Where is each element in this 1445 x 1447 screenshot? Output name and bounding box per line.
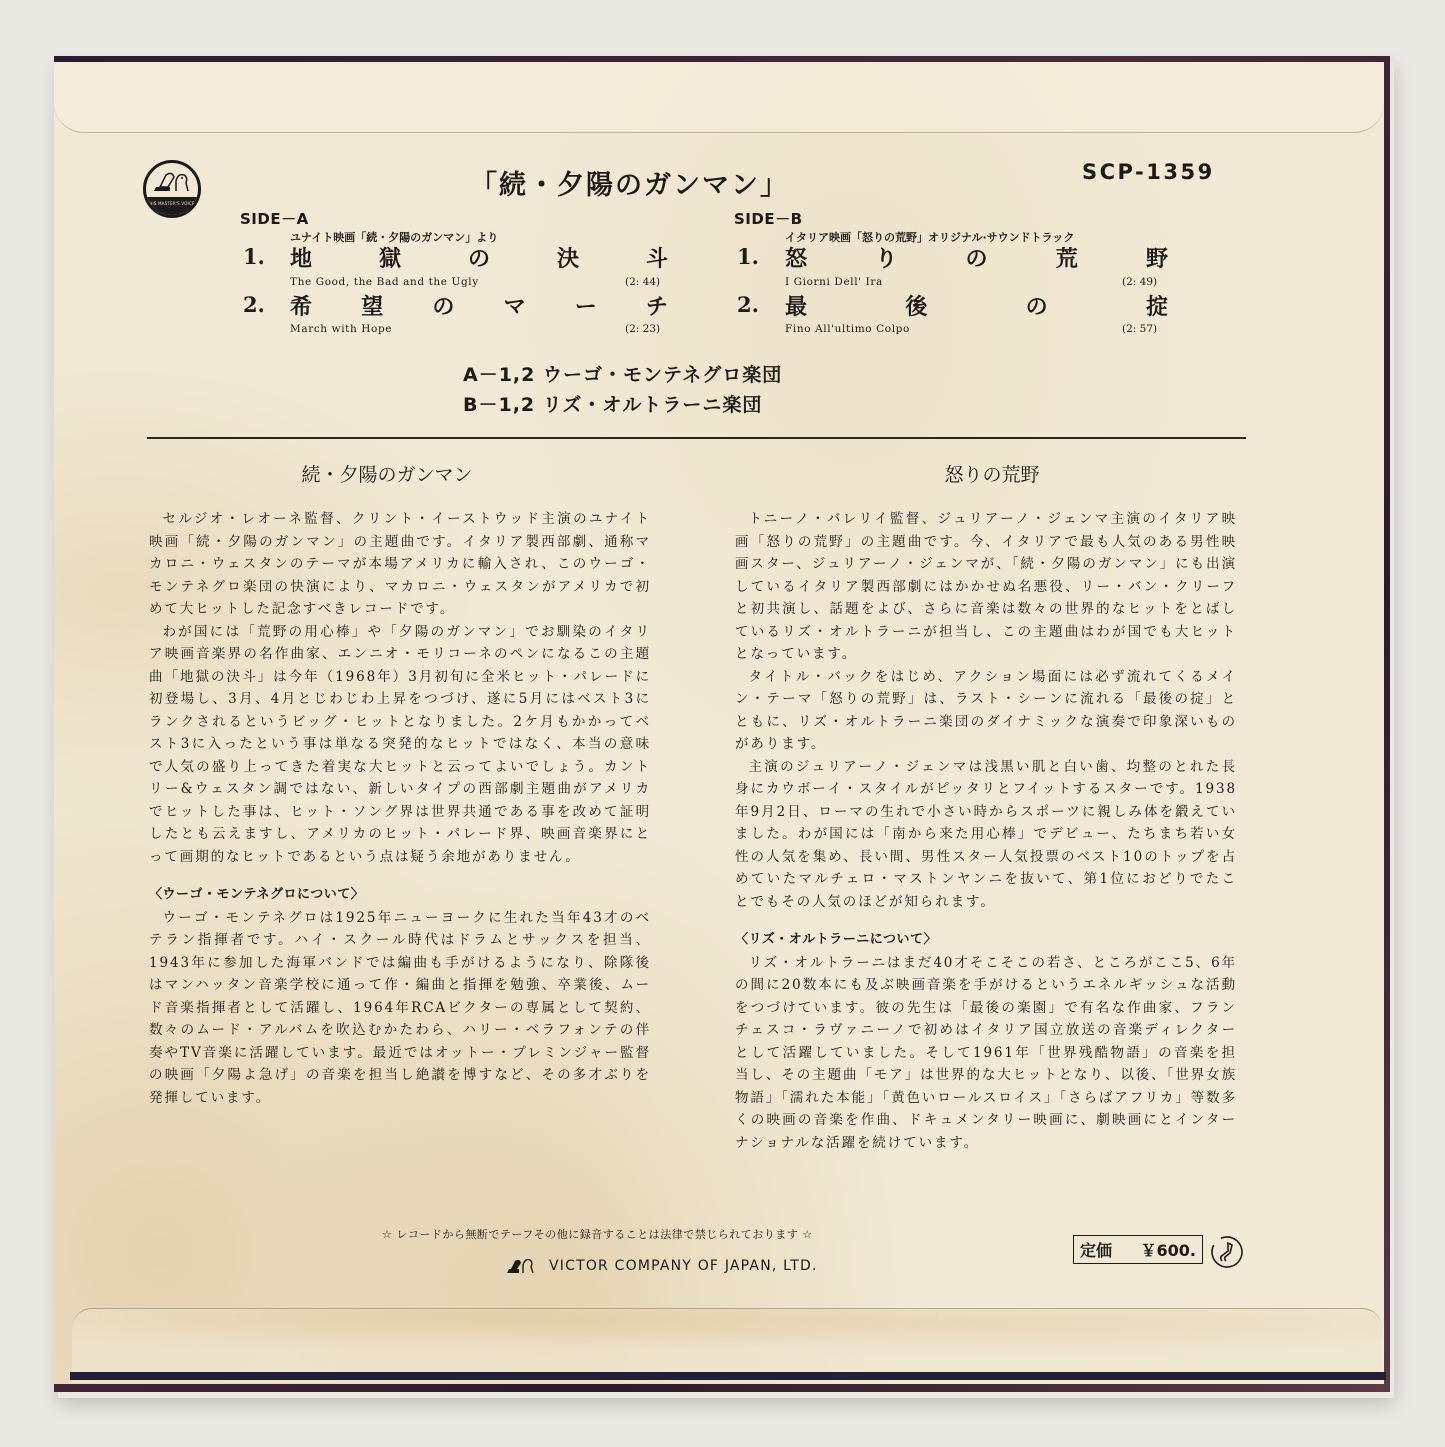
- price-value: ￥600.: [1141, 1238, 1196, 1261]
- his-masters-voice-logo: HIS MASTER'S VOICE: [143, 160, 201, 218]
- track-b1-duration: (2: 49): [1122, 276, 1157, 288]
- title-char: 後: [905, 290, 927, 321]
- title-char: 野: [1146, 242, 1168, 273]
- credit-side-a: A－1,2 ウーゴ・モンテネグロ楽団: [463, 360, 782, 390]
- title-char: 望: [361, 290, 383, 321]
- left-paragraph-2: わが国には「荒野の用心棒」や「夕陽のガンマン」でお馴染のイタリア映画音楽界の名作…: [149, 621, 651, 869]
- right-column-heading: 怒りの荒野: [842, 460, 1142, 487]
- credit-side-b: B－1,2 リズ・オルトラーニ楽団: [463, 390, 782, 420]
- dog-gramophone-icon: [152, 169, 192, 197]
- track-b2-duration: (2: 57): [1122, 323, 1157, 335]
- track-a1-title-jp: 地獄の決斗: [290, 242, 668, 273]
- right-column-body: トニーノ・バレリイ監督、ジュリアーノ・ジェンマ主演のイタリア映画「怒りの荒野」の…: [735, 508, 1237, 1154]
- track-a1-title-en: The Good, the Bad and the Ugly: [290, 276, 479, 288]
- top-flap: [54, 62, 1384, 133]
- left-column-body: セルジオ・レオーネ監督、クリント・イーストウッド主演のユナイト映画「続・夕陽のガ…: [149, 508, 651, 1109]
- jis-music-mark-icon: [1210, 1235, 1244, 1269]
- victor-company: VICTOR COMPANY OF JAPAN, LTD.: [505, 1255, 818, 1277]
- copyright-notice: ☆ レコードから無断でテーフその他に録音することは法律で禁じられております ☆: [382, 1226, 813, 1242]
- title-char: 荒: [1056, 242, 1078, 273]
- track-b2-number: 2.: [737, 292, 759, 317]
- company-name: VICTOR COMPANY OF JAPAN, LTD.: [549, 1258, 818, 1274]
- track-b1-title-jp: 怒りの荒野: [785, 242, 1168, 273]
- title-char: チ: [646, 290, 668, 321]
- title-char: の: [1026, 290, 1048, 321]
- track-a2-title-jp: 希望のマーチ: [290, 290, 668, 321]
- title-char: 希: [290, 290, 312, 321]
- track-b1-title-en: I Giorni Dell' Ira: [785, 276, 883, 288]
- title-char: 斗: [646, 242, 668, 273]
- montenegro-subheading: 〈ウーゴ・モンテネグロについて〉: [149, 884, 651, 907]
- side-a-label: SIDE－A: [240, 208, 309, 229]
- orchestra-credits: A－1,2 ウーゴ・モンテネグロ楽団 B－1,2 リズ・オルトラーニ楽団: [463, 360, 782, 420]
- title-char: 決: [557, 242, 579, 273]
- title-char: マ: [504, 290, 526, 321]
- price-box: 定価 ￥600.: [1073, 1235, 1203, 1264]
- right-paragraph-2: タイトル・バックをはじめ、アクション場面には必ず流れてくるメイン・テーマ「怒りの…: [735, 666, 1237, 756]
- title-char: の: [468, 242, 490, 273]
- catalog-number: SCP-1359: [1082, 160, 1215, 184]
- track-a2-title-en: March with Hope: [290, 323, 392, 335]
- track-b2-title-en: Fino All'ultimo Colpo: [785, 323, 910, 335]
- track-a2-number: 2.: [243, 292, 265, 317]
- right-paragraph-3: 主演のジュリアーノ・ジェンマは浅黒い肌と白い歯、均整のとれた長身にカウボーイ・ス…: [735, 756, 1237, 914]
- track-a2-duration: (2: 23): [625, 323, 660, 335]
- sleeve-bottom-edge: [70, 1372, 1386, 1380]
- title-char: 最: [785, 290, 807, 321]
- title-char: 地: [290, 242, 312, 273]
- record-title: 「続・夕陽のガンマン」: [470, 163, 789, 202]
- track-a1-number: 1.: [243, 244, 265, 269]
- title-char: り: [875, 242, 897, 273]
- divider-rule: [147, 437, 1246, 439]
- ortolani-bio: リズ・オルトラーニはまだ40才そこそこの若さ、ところがここ5、6年の間に20数本…: [735, 952, 1237, 1155]
- side-b-label: SIDE－B: [734, 208, 803, 229]
- right-paragraph-1: トニーノ・バレリイ監督、ジュリアーノ・ジェンマ主演のイタリア映画「怒りの荒野」の…: [735, 508, 1237, 666]
- logo-band: HIS MASTER'S VOICE: [146, 197, 198, 215]
- title-char: 獄: [379, 242, 401, 273]
- track-b1-number: 1.: [737, 244, 759, 269]
- title-char: 掟: [1146, 290, 1168, 321]
- track-b2-title-jp: 最後の掟: [785, 290, 1168, 321]
- left-paragraph-1: セルジオ・レオーネ監督、クリント・イーストウッド主演のユナイト映画「続・夕陽のガ…: [149, 508, 651, 621]
- title-char: の: [432, 290, 454, 321]
- montenegro-bio: ウーゴ・モンテネグロは1925年ニューヨークに生れた当年43才のベテラン指揮者で…: [149, 907, 651, 1110]
- title-char: ー: [575, 290, 597, 321]
- left-column-heading: 続・夕陽のガンマン: [237, 460, 537, 487]
- nipper-logo-icon: [505, 1255, 535, 1277]
- ortolani-subheading: 〈リズ・オルトラーニについて〉: [735, 929, 1237, 952]
- title-char: の: [965, 242, 987, 273]
- track-a1-duration: (2: 44): [625, 276, 660, 288]
- price-label: 定価: [1080, 1238, 1112, 1261]
- title-char: 怒: [785, 242, 807, 273]
